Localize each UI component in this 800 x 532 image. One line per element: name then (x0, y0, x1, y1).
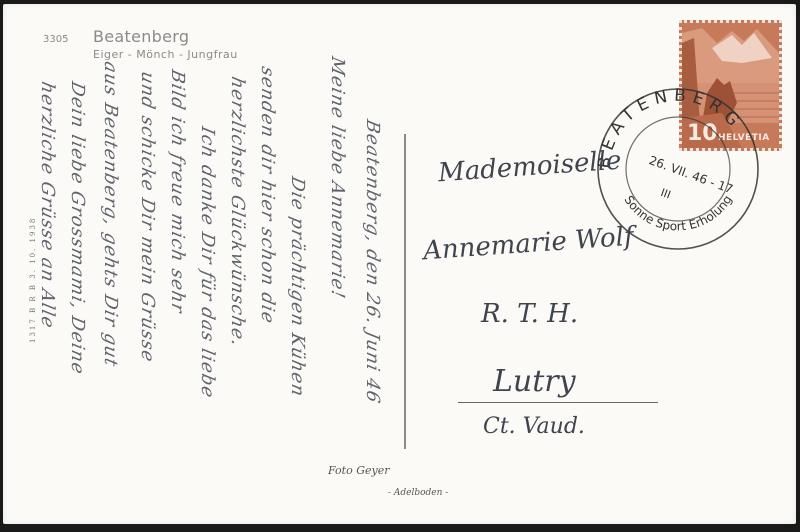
postcard-back: 3305 Beatenberg Eiger - Mönch - Jungfrau… (3, 4, 796, 524)
message-line: Meine liebe Annemarie! (327, 55, 348, 301)
message-line: Beatenberg, den 26. Juni 46 (362, 118, 383, 406)
address-line-5: Ct. Vaud. (483, 414, 585, 439)
message-line: und schicke Dir mein Grüsse (137, 70, 158, 365)
message-line: Ich danke Dir für das liebe (197, 125, 218, 401)
svg-text:Sonne Sport Erholung: Sonne Sport Erholung (622, 193, 735, 234)
center-divider (404, 134, 406, 449)
message-line: herzlichste Glückwünsche. (227, 75, 248, 349)
address-line-3: R. T. H. (481, 299, 578, 329)
address-line-4: Lutry (493, 364, 576, 399)
svg-text:III: III (659, 186, 673, 202)
message-line: herzliche Grüsse an Alle (37, 80, 58, 331)
address-line-2: Annemarie Wolf (422, 222, 634, 267)
message-line: Die prächtigen Kühen (287, 175, 308, 400)
address-underline (458, 402, 658, 403)
card-number: 3305 (43, 34, 68, 45)
photographer-signature: Foto Geyer (328, 464, 389, 477)
card-title: Beatenberg (93, 27, 189, 46)
card-subtitle: Eiger - Mönch - Jungfrau (93, 48, 238, 61)
publisher-imprint: 1317 B R B 3. 10. 1938 (29, 193, 37, 343)
photographer-place: - Adelboden - (388, 488, 448, 498)
message-line: Dein liebe Grossmami, Deine (67, 80, 88, 377)
svg-text:26. VII. 46 - 17: 26. VII. 46 - 17 (647, 153, 735, 196)
message-line: aus Beatenberg, gehts Dir gut (100, 60, 121, 369)
message-line: Bild ich freue mich sehr (167, 68, 188, 316)
message-line: senden dir hier schon die (257, 65, 278, 326)
